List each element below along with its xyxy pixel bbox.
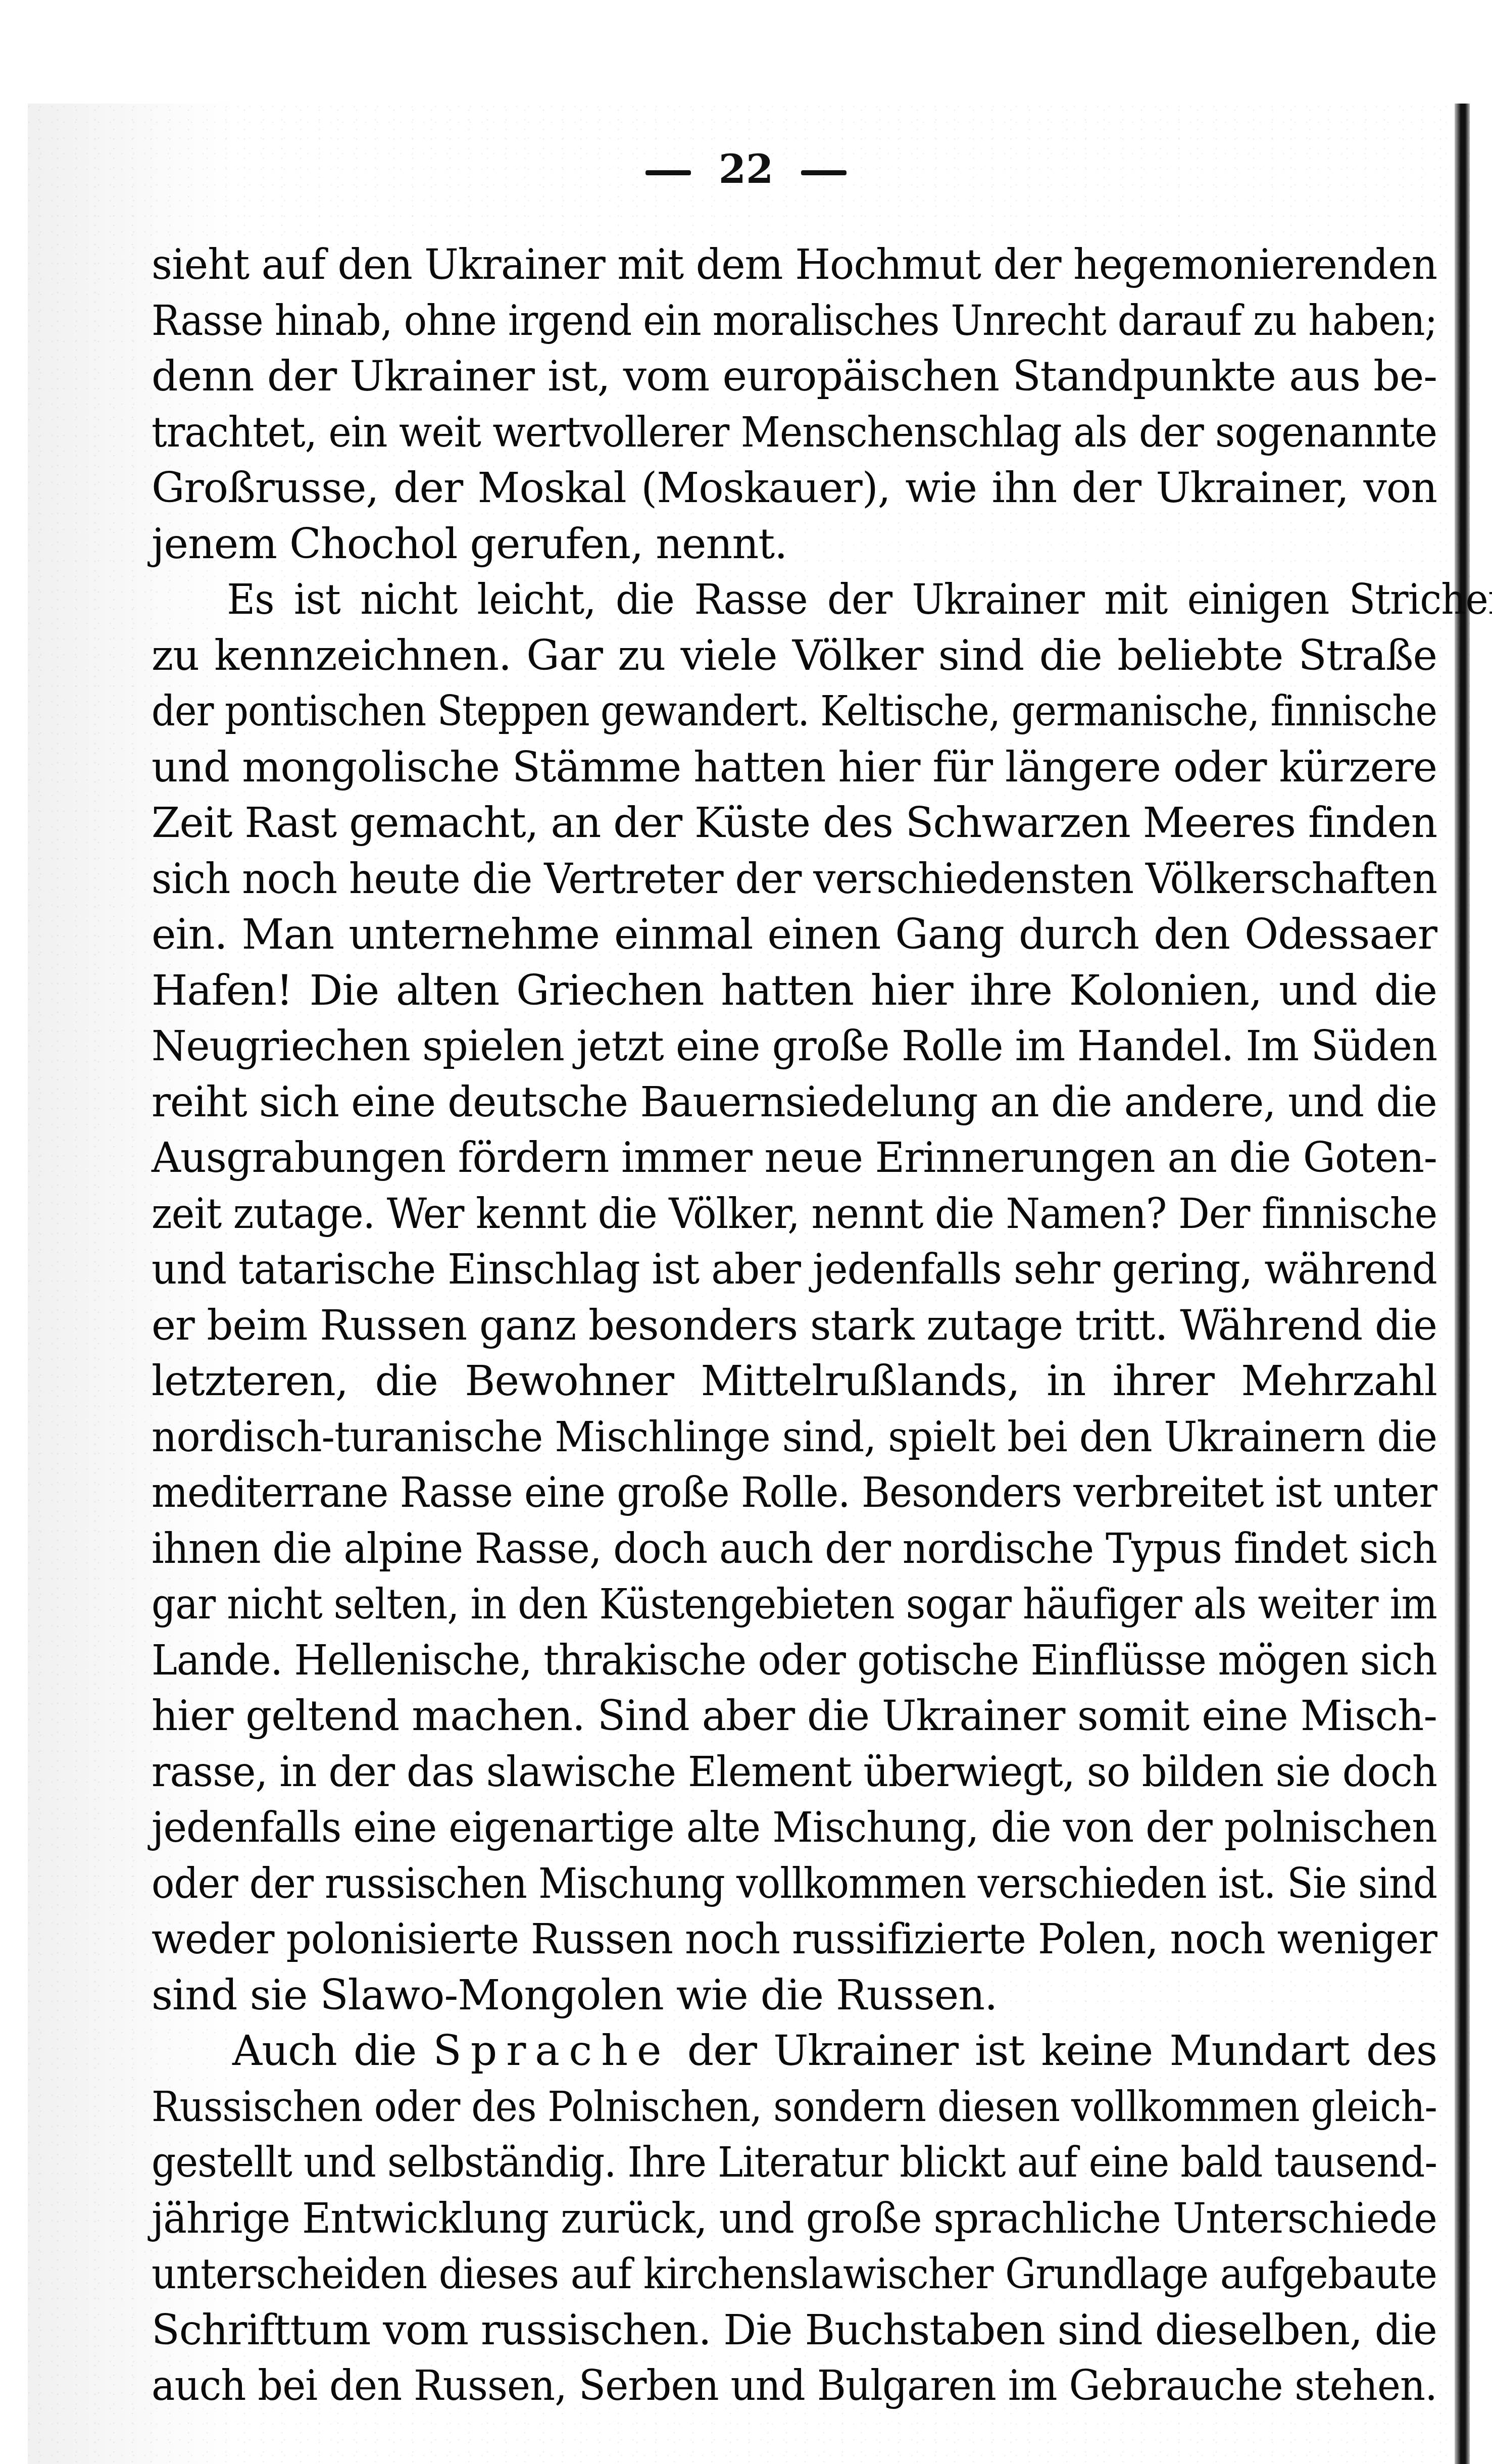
text-line: sind sie Slawo-Mongolen wie die Russen. (152, 1968, 1437, 2024)
text-line: jährige Entwicklung zurück, und große sp… (152, 2191, 1437, 2247)
text-line: und tatarische Einschlag ist aber jedenf… (152, 1242, 1437, 1298)
text-line: nordisch-turanische Mischlinge sind, spi… (152, 1410, 1437, 1466)
text-line: mediterrane Rasse eine große Rolle. Beso… (152, 1465, 1437, 1521)
text-line: der pontischen Steppen gewandert. Keltis… (152, 684, 1437, 740)
page-number-dash-right (801, 170, 847, 175)
page-number-value: 22 (719, 146, 774, 192)
text-line: sieht auf den Ukrainer mit dem Hochmut d… (152, 237, 1437, 293)
text-line: jedenfalls eine eigenartige alte Mischun… (152, 1800, 1437, 1856)
text-line: reiht sich eine deutsche Bauernsiedelung… (152, 1075, 1437, 1131)
text-line: unterscheiden dieses auf kirchenslawisch… (152, 2247, 1437, 2303)
text-line: er beim Russen ganz besonders stark zuta… (152, 1298, 1437, 1354)
body-text: sieht auf den Ukrainer mit dem Hochmut d… (152, 237, 1437, 2414)
text-line: Lande. Hellenische, thrakische oder goti… (152, 1633, 1437, 1689)
page-number: 22 (0, 146, 1492, 192)
text-line: jenem Chochol gerufen, nennt. (152, 517, 1437, 573)
text-line: Ausgrabungen fördern immer neue Erinneru… (152, 1130, 1437, 1187)
text-line: gar nicht selten, in den Küstengebieten … (152, 1577, 1437, 1633)
text-line: rasse, in der das slawische Element über… (152, 1745, 1437, 1801)
text-line: ein. Man unternehme einmal einen Gang du… (152, 907, 1437, 963)
text-line: Neugriechen spielen jetzt eine große Rol… (152, 1019, 1437, 1075)
text-line: und mongolische Stämme hatten hier für l… (152, 740, 1437, 796)
text-line: letzteren, die Bewohner Mittelrußlands, … (152, 1354, 1437, 1410)
text-line: Schrifttum vom russischen. Die Buchstabe… (152, 2303, 1437, 2359)
text-line: denn der Ukrainer ist, vom europäischen … (152, 349, 1437, 405)
text-line: Russischen oder des Polnischen, sondern … (152, 2080, 1437, 2136)
text-line: trachtet, ein weit wertvollerer Menschen… (152, 405, 1437, 461)
text-line: Zeit Rast gemacht, an der Küste des Schw… (152, 796, 1437, 852)
text-line: Rasse hinab, ohne irgend ein moralisches… (152, 293, 1437, 350)
text-fragment: Auch die (232, 2027, 433, 2075)
text-fragment: der Ukrainer ist keine Mundart des (671, 2027, 1437, 2075)
emphasized-word: Sprache (433, 2027, 670, 2075)
text-line: weder polonisierte Russen noch russifizi… (152, 1912, 1437, 1968)
page-edge-shadow (1455, 104, 1470, 2464)
text-line: sich noch heute die Vertreter der versch… (152, 852, 1437, 908)
text-line: Hafen! Die alten Griechen hatten hier ih… (152, 963, 1437, 1019)
paragraph-start-line: Es ist nicht leicht, die Rasse der Ukrai… (152, 572, 1492, 628)
text-line: oder der russischen Mischung vollkommen … (152, 1856, 1437, 1912)
text-line: zu kennzeichnen. Gar zu viele Völker sin… (152, 628, 1437, 684)
text-line: hier geltend machen. Sind aber die Ukrai… (152, 1689, 1437, 1745)
page-number-dash-left (645, 170, 691, 175)
text-line: ihnen die alpine Rasse, doch auch der no… (152, 1521, 1437, 1578)
paragraph-start-line: Auch die Sprache der Ukrainer ist keine … (152, 2024, 1437, 2080)
text-line: zeit zutage. Wer kennt die Völker, nennt… (152, 1187, 1437, 1243)
text-line: gestellt und selbständig. Ihre Literatur… (152, 2135, 1437, 2191)
text-line: auch bei den Russen, Serben und Bulgaren… (152, 2358, 1437, 2414)
text-line: Großrusse, der Moskal (Moskauer), wie ih… (152, 461, 1437, 517)
